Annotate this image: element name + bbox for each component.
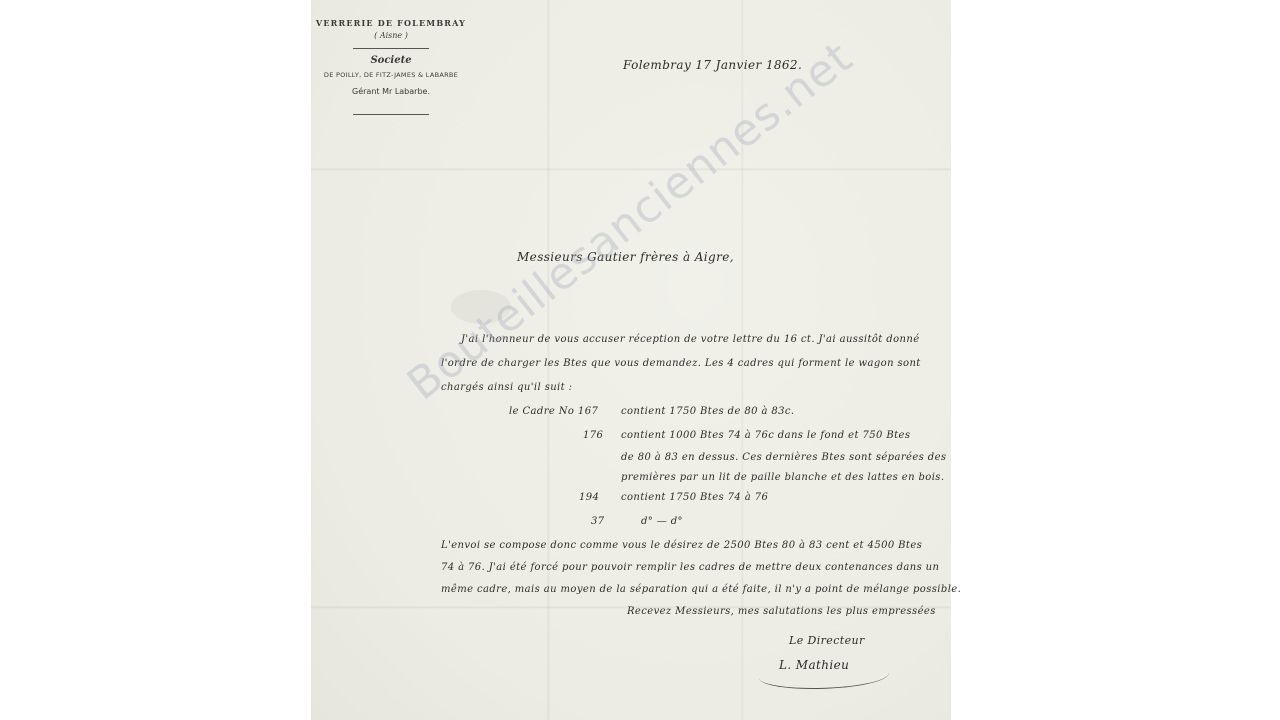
letterhead-divider <box>353 48 429 49</box>
item-text: de 80 à 83 en dessus. Ces dernières Btes… <box>621 452 946 463</box>
item-label: 194 <box>579 492 599 503</box>
item-label: le Cadre No 167 <box>509 406 598 417</box>
item-text: premières par un lit de paille blanche e… <box>621 472 944 483</box>
letterhead-partners: DE POILLY, DE FITZ-JAMES & LABARBE <box>311 71 471 79</box>
body-line: même cadre, mais au moyen de la séparati… <box>441 584 961 595</box>
body-line: L'envoi se compose donc comme vous le dé… <box>441 540 922 551</box>
item-text: contient 1000 Btes 74 à 76c dans le fond… <box>621 430 910 441</box>
letterhead-manager: Gérant Mr Labarbe. <box>311 87 471 96</box>
letterhead: VERRERIE DE FOLEMBRAY ( Aisne ) Societe … <box>311 18 471 115</box>
sign-off: Recevez Messieurs, mes salutations les p… <box>627 606 936 617</box>
letterhead-company: VERRERIE DE FOLEMBRAY <box>311 18 471 28</box>
letter-paper: VERRERIE DE FOLEMBRAY ( Aisne ) Societe … <box>311 0 951 720</box>
signature-flourish <box>759 662 889 689</box>
signature-title: Le Directeur <box>789 634 865 647</box>
place-date: Folembray 17 Janvier 1862. <box>623 58 802 72</box>
letterhead-societe: Societe <box>311 55 471 66</box>
letterhead-region: ( Aisne ) <box>311 31 471 40</box>
item-label: 176 <box>583 430 603 441</box>
item-text: d° — d° <box>641 516 683 527</box>
letterhead-divider-bottom <box>353 114 429 115</box>
item-label: 37 <box>591 516 605 527</box>
body-line: l'ordre de charger les Btes que vous dem… <box>441 358 921 369</box>
body-line: J'ai l'honneur de vous accuser réception… <box>461 334 920 345</box>
item-text: contient 1750 Btes de 80 à 83c. <box>621 406 795 417</box>
item-text: contient 1750 Btes 74 à 76 <box>621 492 768 503</box>
body-line: 74 à 76. J'ai été forcé pour pouvoir rem… <box>441 562 939 573</box>
